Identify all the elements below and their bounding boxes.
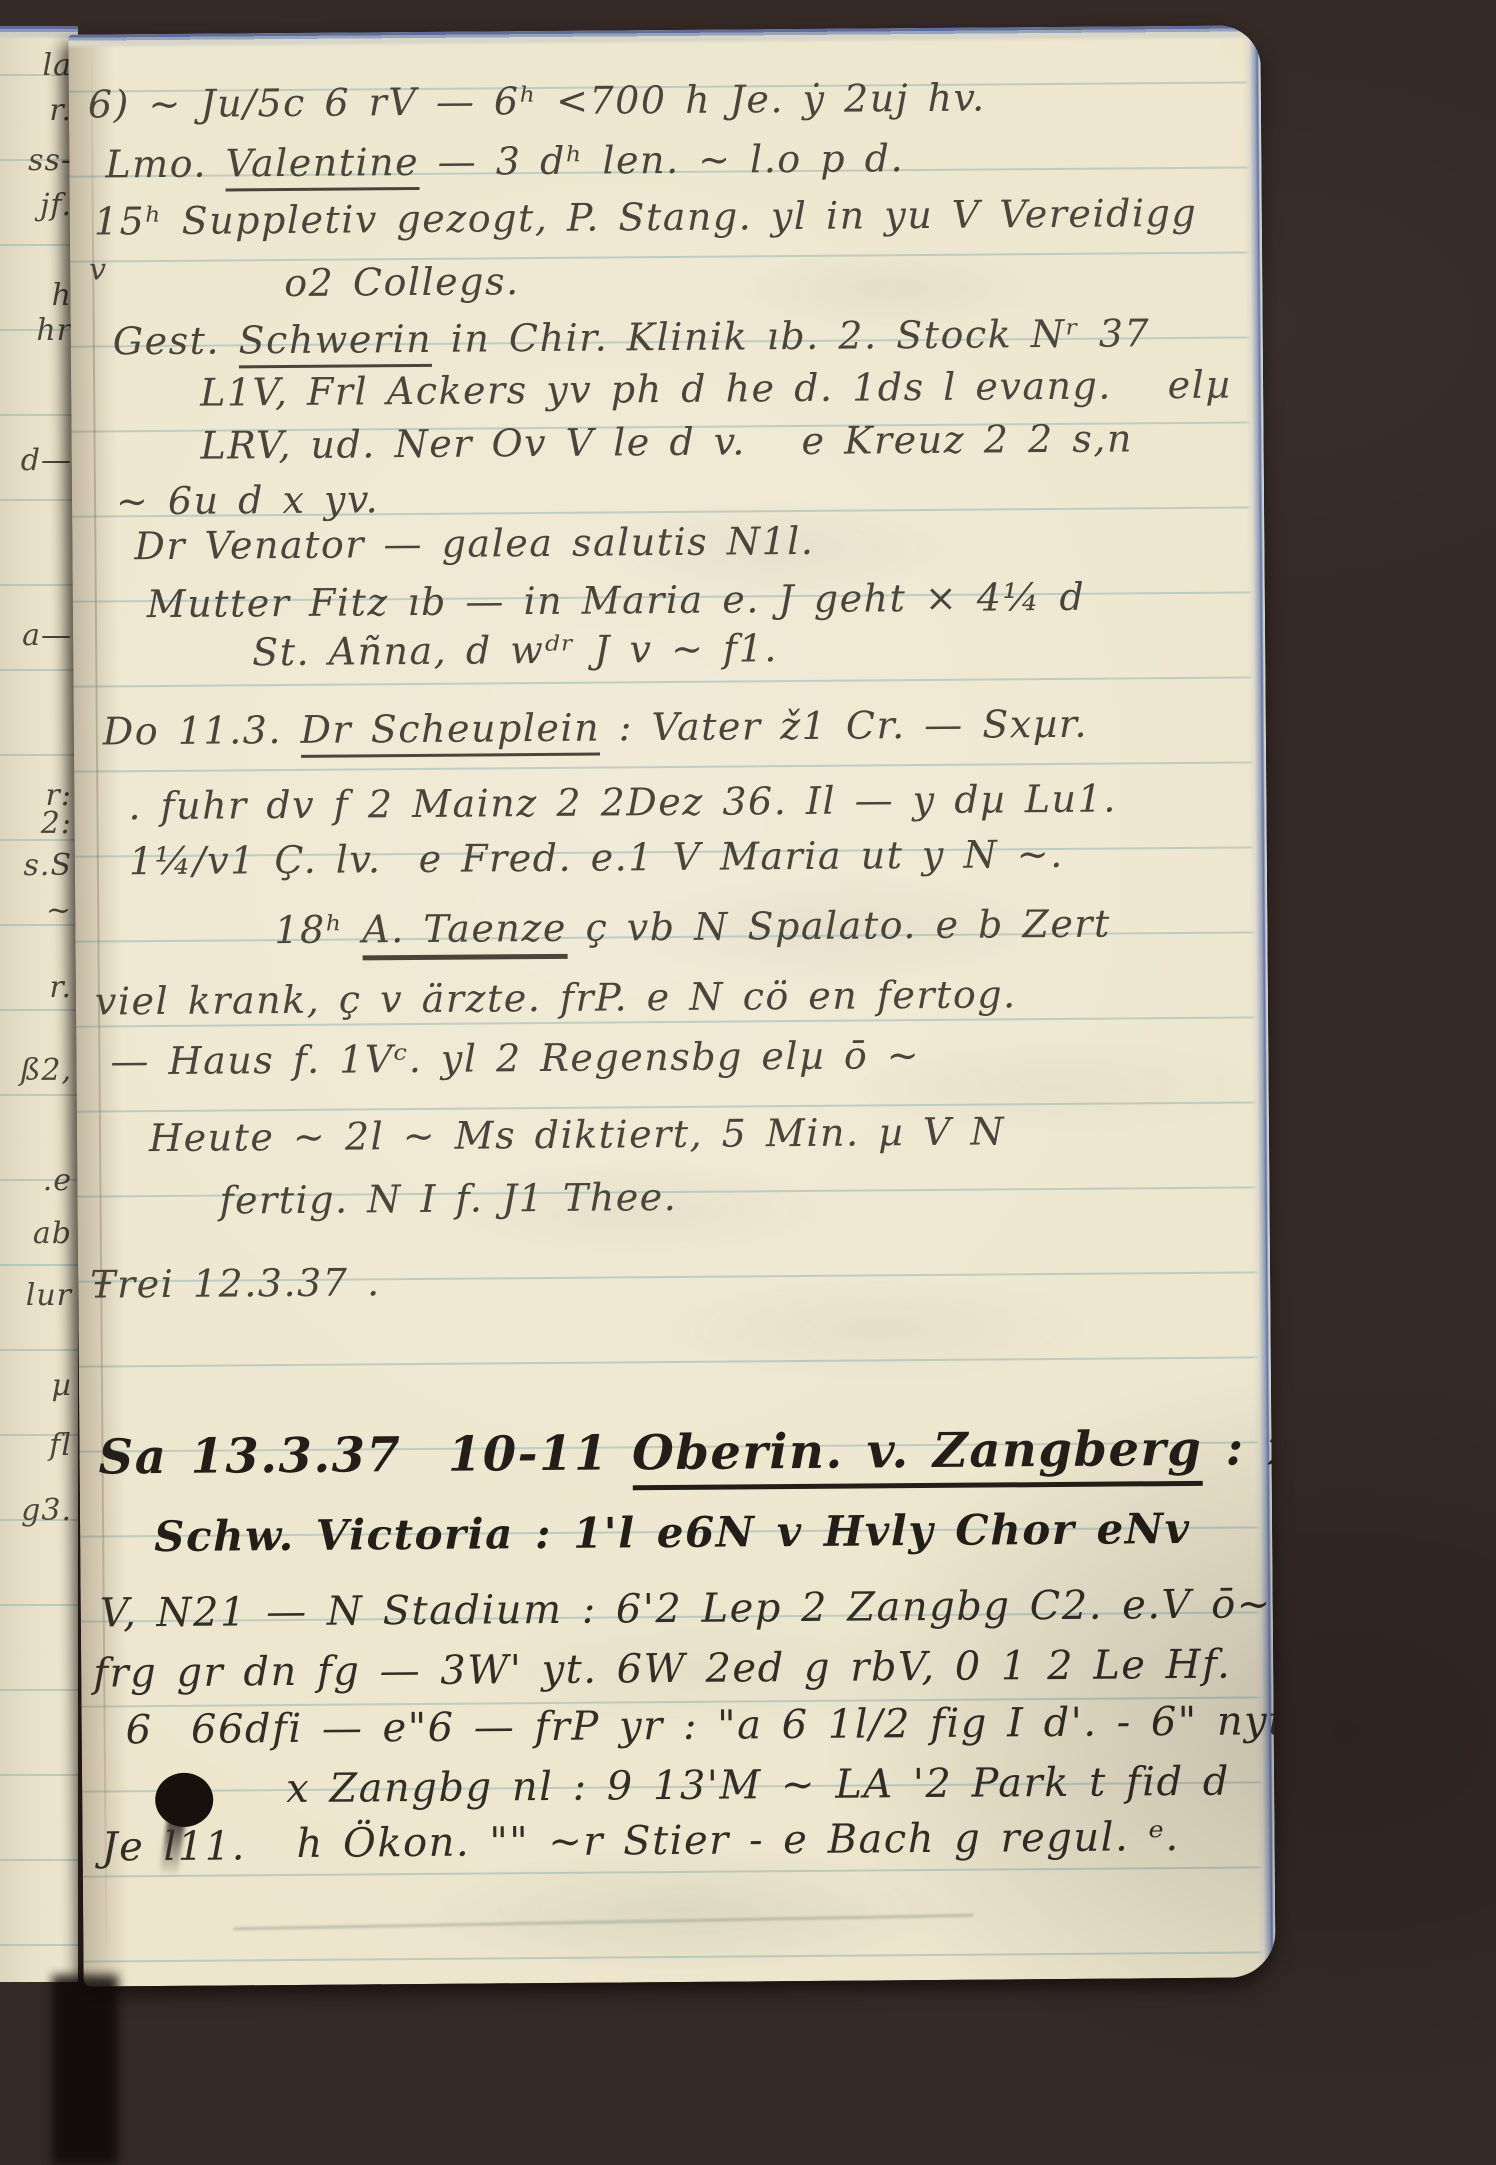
- left-page-word-fragment: hr: [36, 313, 72, 348]
- handwriting-text: 1¼/v1 Ç. lv. e Fred. e.1 V Maria ut y N …: [129, 832, 1064, 883]
- handwriting-line: 18ʰ A. Taenze ç vb N Spalato. e b Zert: [274, 902, 1111, 953]
- handwriting-line: 15ʰ Suppletiv gezogt, P. Stang. yl in yu…: [94, 191, 1198, 244]
- handwriting-text: v: [89, 252, 108, 287]
- handwriting-line: — Haus f. 1Vᶜ. yl 2 Regensbg elµ ō ~: [110, 1033, 920, 1083]
- handwriting-line: Gest. Schwerin in Chir. Klinik ıb. 2. St…: [113, 311, 1151, 363]
- handwriting-text: 6 66dfi — e"6 — frP yr : "a 6 1l/2 fig I…: [125, 1698, 1275, 1753]
- handwriting-line: Dr Venator — galea salutis N1l.: [134, 519, 814, 568]
- handwriting-line: h Ökon. "" ~r Stier - e Bach g regul. ᵉ.: [296, 1814, 1179, 1867]
- diary-scan: lar.ss-jf.hhrd—a—r:2:s.S~r.ß2,.eablurµfl…: [0, 0, 1496, 2165]
- handwriting-line: Do 11.3. Dr Scheuplein : Vater ž1 Cr. — …: [103, 702, 1088, 754]
- handwriting-text: L1V, Frl Ackers yv ph d he d. 1ds l evan…: [200, 363, 1232, 415]
- handwriting-line: Sa 13.3.37 10-11 Oberin. v. Zangberg : x: [98, 1420, 1275, 1485]
- handwriting-line: Je l11.: [101, 1823, 246, 1870]
- handwriting-underlined: A. Taenze: [362, 906, 567, 961]
- handwriting-text: 15ʰ Suppletiv gezogt, P. Stang. yl in yu…: [94, 191, 1198, 244]
- handwriting-text: V, N21 — N Stadium : 6'2 Lep 2 Zangbg C2…: [100, 1581, 1272, 1636]
- handwriting-text: Lmo.: [105, 141, 225, 186]
- handwriting-line: o2 Collegs.: [284, 259, 520, 305]
- handwriting-text: 6) ~ Ju/5c 6 rV — 6ʰ <700 h Je. ẏ 2uj hv…: [88, 76, 986, 127]
- handwriting-line: V, N21 — N Stadium : 6'2 Lep 2 Zangbg C2…: [100, 1581, 1272, 1636]
- handwriting-line: viel krank, ç v ärzte. frP. e N cö en fe…: [95, 972, 1017, 1023]
- handwriting-underlined: Valentine: [225, 140, 419, 192]
- handwriting-text: Do 11.3.: [103, 708, 301, 754]
- handwriting-text: LRV, ud. Ner Ov V le d v. e Kreuz 2 2 s,…: [200, 416, 1133, 467]
- handwriting-text: in Chir. Klinik ıb. 2. Stock Nʳ 37: [432, 311, 1150, 361]
- handwriting-text: h Ökon. "" ~r Stier - e Bach g regul. ᵉ.: [296, 1814, 1179, 1867]
- handwriting-text: Ŧrei 12.3.37 .: [90, 1260, 381, 1306]
- handwriting-text: Dr Venator — galea salutis N1l.: [134, 519, 814, 568]
- handwriting-text: o2 Collegs.: [284, 259, 520, 305]
- handwriting-text: x Zangbg nl : 9 13'M ~ LA '2 Park t fid …: [286, 1759, 1230, 1812]
- handwriting-text: Gest.: [113, 318, 239, 363]
- handwriting-text: : Vater ž1 Cr. — Sxµr.: [600, 702, 1088, 750]
- handwriting-text: frg gr dn fg — 3W' yt. 6W 2ed g rbV, 0 1…: [93, 1642, 1231, 1697]
- ink-blot: [155, 1773, 213, 1827]
- handwriting-line: . fuhr dv f 2 Mainz 2 2Dez 36. Il — y dµ…: [128, 777, 1117, 829]
- handwriting-text: Schw. Victoria : 1'l e6N v Hvly Chor eNv: [154, 1504, 1191, 1561]
- handwriting-line: 1¼/v1 Ç. lv. e Fred. e.1 V Maria ut y N …: [129, 832, 1064, 883]
- handwriting-line: ~ 6u d x yv.: [116, 477, 379, 523]
- handwriting-underlined: Dr Scheuplein: [300, 706, 600, 758]
- handwriting-text: — 3 dʰ len. ~ l.o p d.: [419, 136, 904, 184]
- left-page-word-fragment: lur: [26, 1278, 72, 1313]
- handwriting-line: Mutter Fitz ıb — in Maria e. J geht × 4¼…: [147, 575, 1086, 626]
- left-page-word-fragment: ab: [33, 1216, 72, 1251]
- left-page-word-fragment: ss-: [28, 143, 72, 178]
- handwriting-line: L1V, Frl Ackers yv ph d he d. 1ds l evan…: [200, 363, 1232, 415]
- left-page-word-fragment: a—: [22, 618, 72, 653]
- left-page-word-fragment: jf.: [40, 188, 72, 223]
- handwriting-line: x Zangbg nl : 9 13'M ~ LA '2 Park t fid …: [286, 1759, 1230, 1812]
- handwriting-line: Heute ~ 2l ~ Ms diktiert, 5 Min. µ V N: [149, 1109, 1006, 1160]
- handwriting-line: fertig. N I f. J1 Thee.: [219, 1175, 677, 1223]
- left-page-edge: lar.ss-jf.hhrd—a—r:2:s.S~r.ß2,.eablurµfl…: [0, 26, 78, 1982]
- handwriting-text: — Haus f. 1Vᶜ. yl 2 Regensbg elµ ō ~: [110, 1033, 920, 1083]
- left-page-word-fragment: s.S: [24, 848, 72, 883]
- handwriting-line: 6) ~ Ju/5c 6 rV — 6ʰ <700 h Je. ẏ 2uj hv…: [88, 76, 986, 127]
- handwriting-text: ç vb N Spalato. e b Zert: [567, 902, 1111, 950]
- left-page-word-fragment: g3.: [21, 1493, 72, 1528]
- left-page-word-fragment: h: [52, 278, 72, 313]
- handwriting-text: Je l11.: [101, 1823, 246, 1870]
- left-page-word-fragment: .e: [43, 1163, 72, 1198]
- handwriting-text: ~ 6u d x yv.: [116, 477, 379, 523]
- handwriting-line: LRV, ud. Ner Ov V le d v. e Kreuz 2 2 s,…: [200, 416, 1133, 467]
- left-page-word-fragment: ß2,: [20, 1053, 72, 1088]
- handwriting-text: Heute ~ 2l ~ Ms diktiert, 5 Min. µ V N: [149, 1109, 1006, 1160]
- left-page-word-fragment: µ: [52, 1368, 73, 1403]
- handwriting-text: fertig. N I f. J1 Thee.: [219, 1175, 677, 1223]
- handwriting-text: . fuhr dv f 2 Mainz 2 2Dez 36. Il — y dµ…: [128, 777, 1117, 829]
- handwriting-line: Schw. Victoria : 1'l e6N v Hvly Chor eNv: [154, 1504, 1191, 1561]
- left-page-word-fragment: r.: [49, 970, 72, 1005]
- handwriting-text: Sa 13.3.37 10-11: [98, 1425, 632, 1485]
- handwriting-line: St. Añna, d wᵈʳ J v ~ f1.: [252, 626, 778, 674]
- left-page-word-fragment: d—: [21, 443, 72, 478]
- left-page-word-fragment: ~: [46, 893, 72, 928]
- handwriting-text: Mutter Fitz ıb — in Maria e. J geht × 4¼…: [147, 575, 1086, 626]
- handwriting-line: 6 66dfi — e"6 — frP yr : "a 6 1l/2 fig I…: [125, 1698, 1275, 1753]
- handwriting-line: frg gr dn fg — 3W' yt. 6W 2ed g rbV, 0 1…: [93, 1642, 1231, 1697]
- handwriting-text: 18ʰ: [274, 907, 362, 952]
- handwriting-underlined: Oberin. v. Zangberg: [632, 1421, 1203, 1490]
- handwriting-text: viel krank, ç v ärzte. frP. e N cö en fe…: [95, 972, 1017, 1023]
- handwriting-line: v: [89, 252, 108, 287]
- left-page-word-fragment: 2:: [41, 806, 72, 841]
- page-gap-shadow: [52, 1975, 118, 2165]
- notebook-page: 6) ~ Ju/5c 6 rV — 6ʰ <700 h Je. ẏ 2uj hv…: [68, 25, 1275, 1986]
- handwriting-underlined: Schwerin: [238, 317, 432, 369]
- handwriting-text: St. Añna, d wᵈʳ J v ~ f1.: [252, 626, 778, 674]
- left-page-word-fragment: fl: [49, 1428, 72, 1463]
- handwriting-line: Ŧrei 12.3.37 .: [90, 1260, 381, 1306]
- handwriting-text: : x: [1202, 1420, 1276, 1477]
- handwriting-line: Lmo. Valentine — 3 dʰ len. ~ l.o p d.: [105, 136, 904, 186]
- page-edge-tint-left: [0, 26, 78, 39]
